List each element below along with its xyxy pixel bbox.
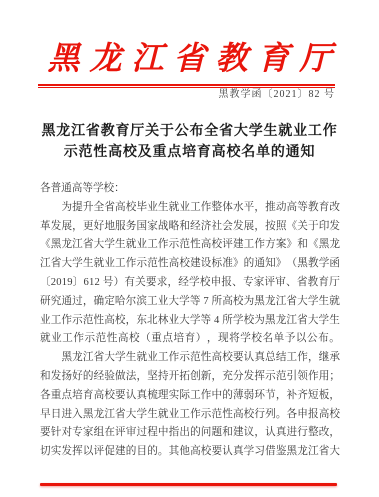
body-line: 〔2019〕612 号）有关要求，经学校申报、专家评审、省教育厅 <box>40 274 340 293</box>
body-line: 江省大学生就业工作示范性高校建设标准》的通知》（黑教学函 <box>40 255 340 274</box>
document-page: 黑龙江省教育厅 黑教学函〔2021〕82 号 黑龙江省教育厅关于公布全省大学生就… <box>0 0 379 497</box>
notice-body: 各普通高等学校： 为提升全省高校毕业生就业工作整体水平，推动高等教育改革发展，更… <box>40 180 340 462</box>
body-line: 研究通过，确定哈尔滨工业大学等 7 所高校为黑龙江省大学生就 <box>40 293 340 312</box>
notice-title-line2: 示范性高校及重点培育高校名单的通知 <box>10 142 369 163</box>
notice-title: 黑龙江省教育厅关于公布全省大学生就业工作 示范性高校及重点培育高校名单的通知 <box>10 121 369 163</box>
body-line: 早日进入黑龙江省大学生就业工作示范性高校行列。各申报高校 <box>40 406 340 425</box>
body-line: 各重点培育高校要认真梳理实际工作中的薄弱环节，补齐短板， <box>40 387 340 406</box>
notice-title-line1: 黑龙江省教育厅关于公布全省大学生就业工作 <box>10 121 369 142</box>
body-line: 要针对专家组在评审过程中指出的问题和建议，认真进行整改， <box>40 424 340 443</box>
body-line: 《黑龙江省大学生就业工作示范性高校评建工作方案》和《黑龙 <box>40 236 340 255</box>
page-bottom-divider <box>40 483 337 486</box>
body-line: 切实发挥以评促建的目的。其他高校要认真学习借鉴黑龙江省大 <box>40 443 340 462</box>
body-line: 业工作示范性高校，东北林业大学等 4 所学校为黑龙江省大学生 <box>40 312 340 331</box>
body-line: 就业工作示范性高校（重点培育），现将学校名单予以公布。 <box>40 330 340 349</box>
body-line: 黑龙江省大学生就业工作示范性高校要认真总结工作，继承 <box>40 349 340 368</box>
body-line: 为提升全省高校毕业生就业工作整体水平，推动高等教育改 <box>40 199 340 218</box>
body-line: 各普通高等学校： <box>40 180 340 199</box>
body-line: 革发展，更好地服务国家战略和经济社会发展，按照《关于印发 <box>40 218 340 237</box>
agency-letterhead: 黑龙江省教育厅 <box>0 38 379 78</box>
body-line: 和发扬好的经验做法，坚持开拓创新，充分发挥示范引领作用； <box>40 368 340 387</box>
document-number: 黑教学函〔2021〕82 号 <box>219 88 336 101</box>
